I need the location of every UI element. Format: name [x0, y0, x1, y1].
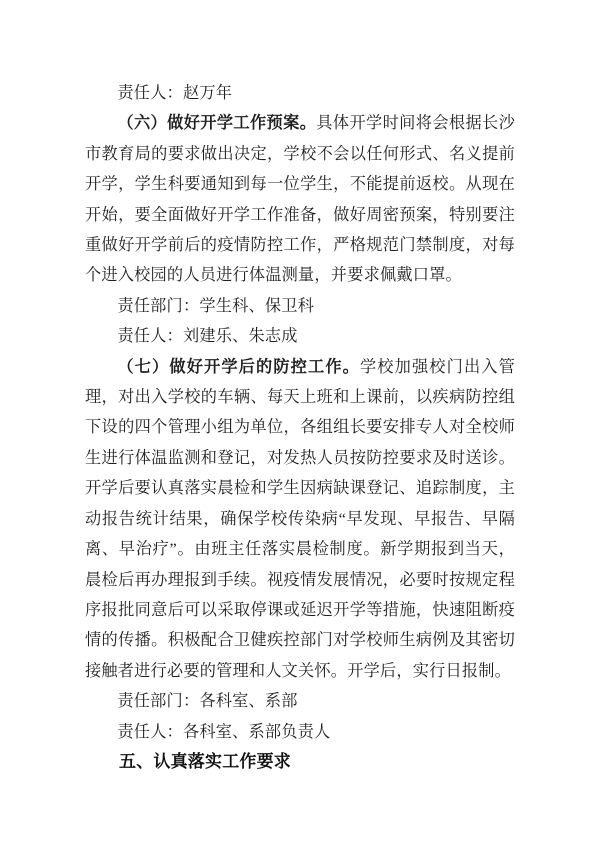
document-page: 责任人：赵万年 （六）做好开学工作预案。具体开学时间将会根据长沙市教育局的要求做…	[0, 0, 600, 848]
document-text-body: 责任人：赵万年 （六）做好开学工作预案。具体开学时间将会根据长沙市教育局的要求做…	[85, 78, 515, 777]
chapter-5-heading: 五、认真落实工作要求	[85, 747, 515, 777]
section-7-paragraph: （七）做好开学后的防控工作。学校加强校门出入管理，对出入学校的车辆、每天上班和上…	[85, 352, 515, 686]
responsible-person-line-section-6: 责任人：刘建乐、朱志成	[85, 321, 515, 351]
responsible-person-line-section-7: 责任人：各科室、系部负责人	[85, 717, 515, 747]
section-6-paragraph: （六）做好开学工作预案。具体开学时间将会根据长沙市教育局的要求做出决定，学校不会…	[85, 108, 515, 290]
responsible-department-line-section-6: 责任部门：学生科、保卫科	[85, 291, 515, 321]
section-6-body-text: 具体开学时间将会根据长沙市教育局的要求做出决定，学校不会以任何形式、名义提前开学…	[85, 114, 515, 284]
section-7-body-text: 学校加强校门出入管理，对出入学校的车辆、每天上班和上课前，以疾病防控组下设的四个…	[85, 358, 515, 680]
section-6-title: （六）做好开学工作预案。	[117, 114, 316, 132]
responsible-department-line-section-7: 责任部门：各科室、系部	[85, 686, 515, 716]
section-7-title: （七）做好开学后的防控工作。	[117, 358, 360, 376]
responsible-person-line-section-5: 责任人：赵万年	[85, 78, 515, 108]
